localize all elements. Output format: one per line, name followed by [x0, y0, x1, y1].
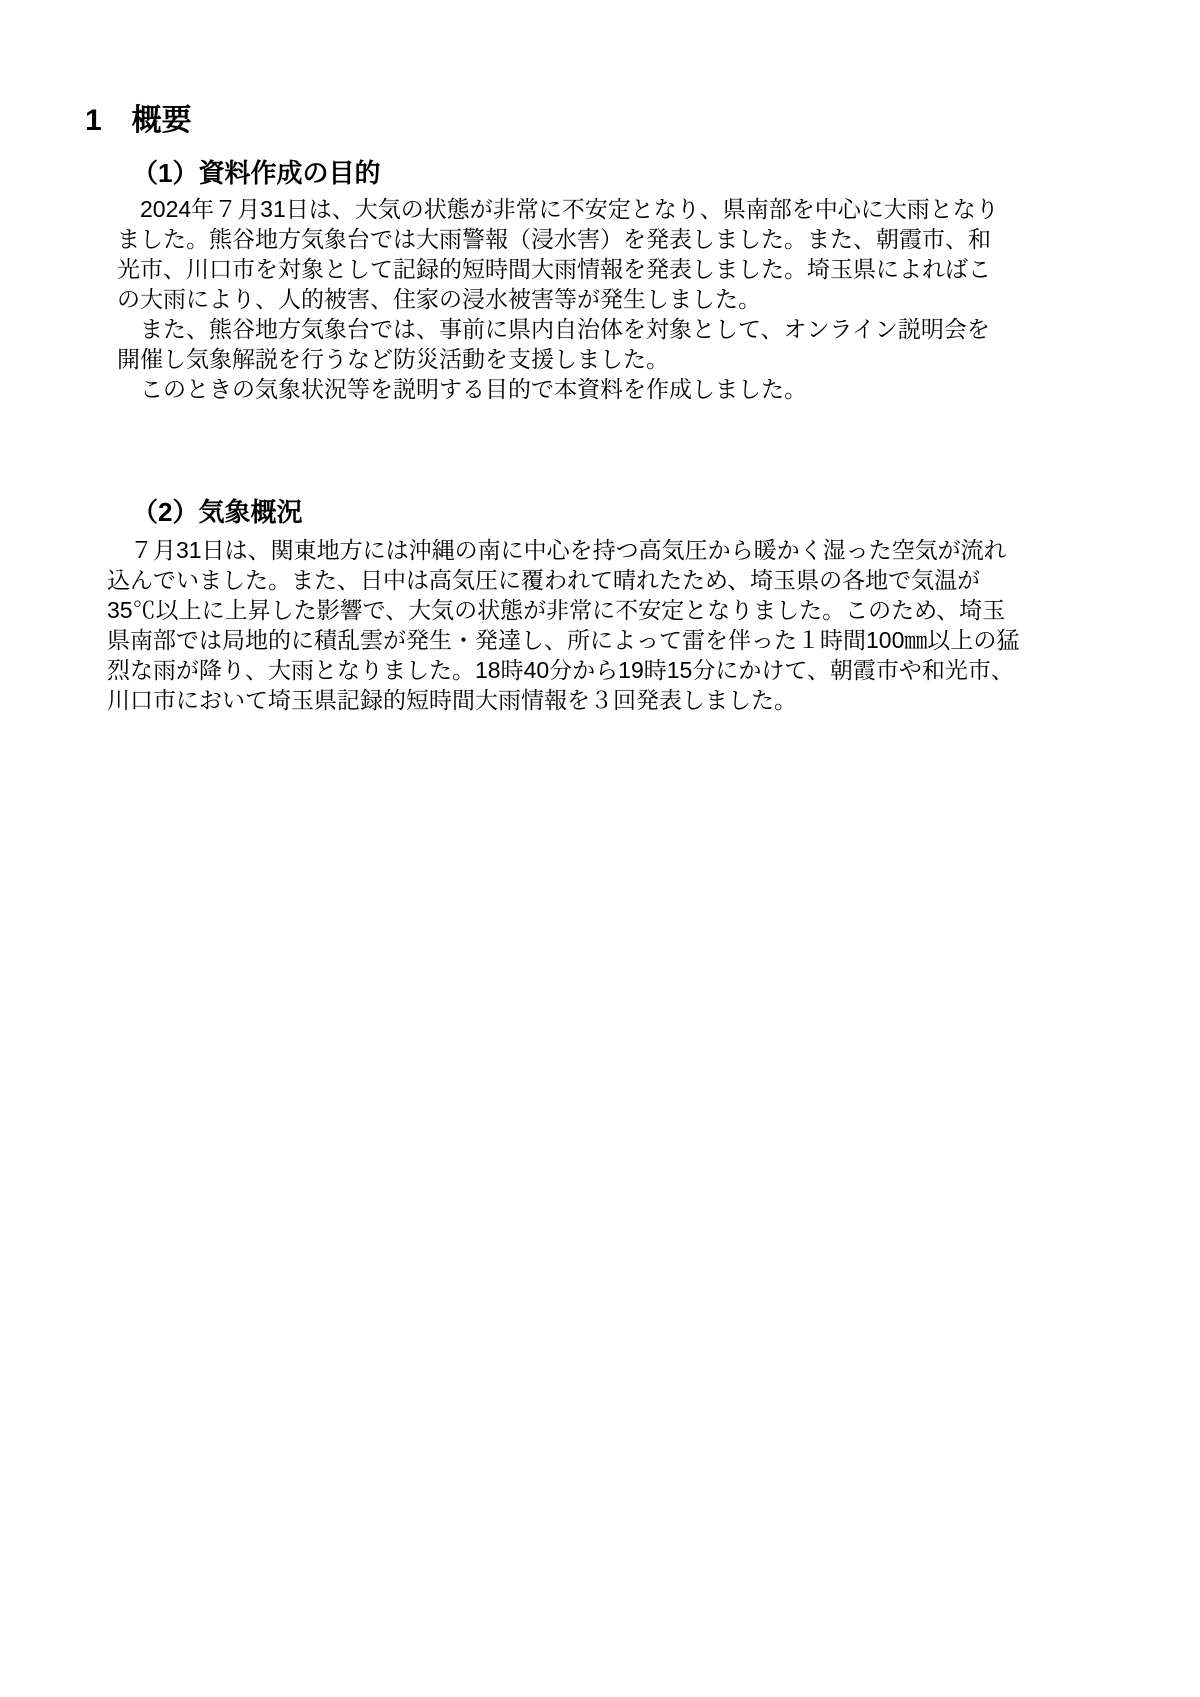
- text-line: 開催し気象解説を行うなど防災活動を支援しました。: [117, 344, 1097, 374]
- text-line: ました。熊谷地方気象台では大雨警報（浸水害）を発表しました。また、朝霞市、和: [117, 224, 1097, 254]
- text-line: 光市、川口市を対象として記録的短時間大雨情報を発表しました。埼玉県によればこ: [117, 254, 1097, 284]
- text-line: また、熊谷地方気象台では、事前に県内自治体を対象として、オンライン説明会を: [117, 314, 1097, 344]
- section-1-title: （1）資料作成の目的: [132, 157, 380, 189]
- section-1-body: 2024年７月31日は、大気の状態が非常に不安定となり、県南部を中心に大雨となり…: [117, 194, 1097, 404]
- section-2-body: ７月31日は、関東地方には沖縄の南に中心を持つ高気圧から暖かく湿った空気が流れ …: [107, 535, 1097, 715]
- section-2-title: （2）気象概況: [132, 496, 302, 528]
- text-line: 2024年７月31日は、大気の状態が非常に不安定となり、県南部を中心に大雨となり: [117, 194, 1097, 224]
- page-title: 1 概要: [85, 104, 192, 138]
- text-line: の大雨により、人的被害、住家の浸水被害等が発生しました。: [117, 284, 1097, 314]
- text-line: このときの気象状況等を説明する目的で本資料を作成しました。: [117, 374, 1097, 404]
- text-line: 川口市において埼玉県記録的短時間大雨情報を３回発表しました。: [107, 685, 1097, 715]
- text-line: 烈な雨が降り、大雨となりました。18時40分から19時15分にかけて、朝霞市や和…: [107, 655, 1097, 685]
- text-line: ７月31日は、関東地方には沖縄の南に中心を持つ高気圧から暖かく湿った空気が流れ: [107, 535, 1097, 565]
- document-page: 1 概要 （1）資料作成の目的 2024年７月31日は、大気の状態が非常に不安定…: [0, 0, 1200, 1697]
- text-line: 県南部では局地的に積乱雲が発生・発達し、所によって雷を伴った１時間100㎜以上の…: [107, 625, 1097, 655]
- text-line: 込んでいました。また、日中は高気圧に覆われて晴れたため、埼玉県の各地で気温が: [107, 565, 1097, 595]
- text-line: 35℃以上に上昇した影響で、大気の状態が非常に不安定となりました。このため、埼玉: [107, 595, 1097, 625]
